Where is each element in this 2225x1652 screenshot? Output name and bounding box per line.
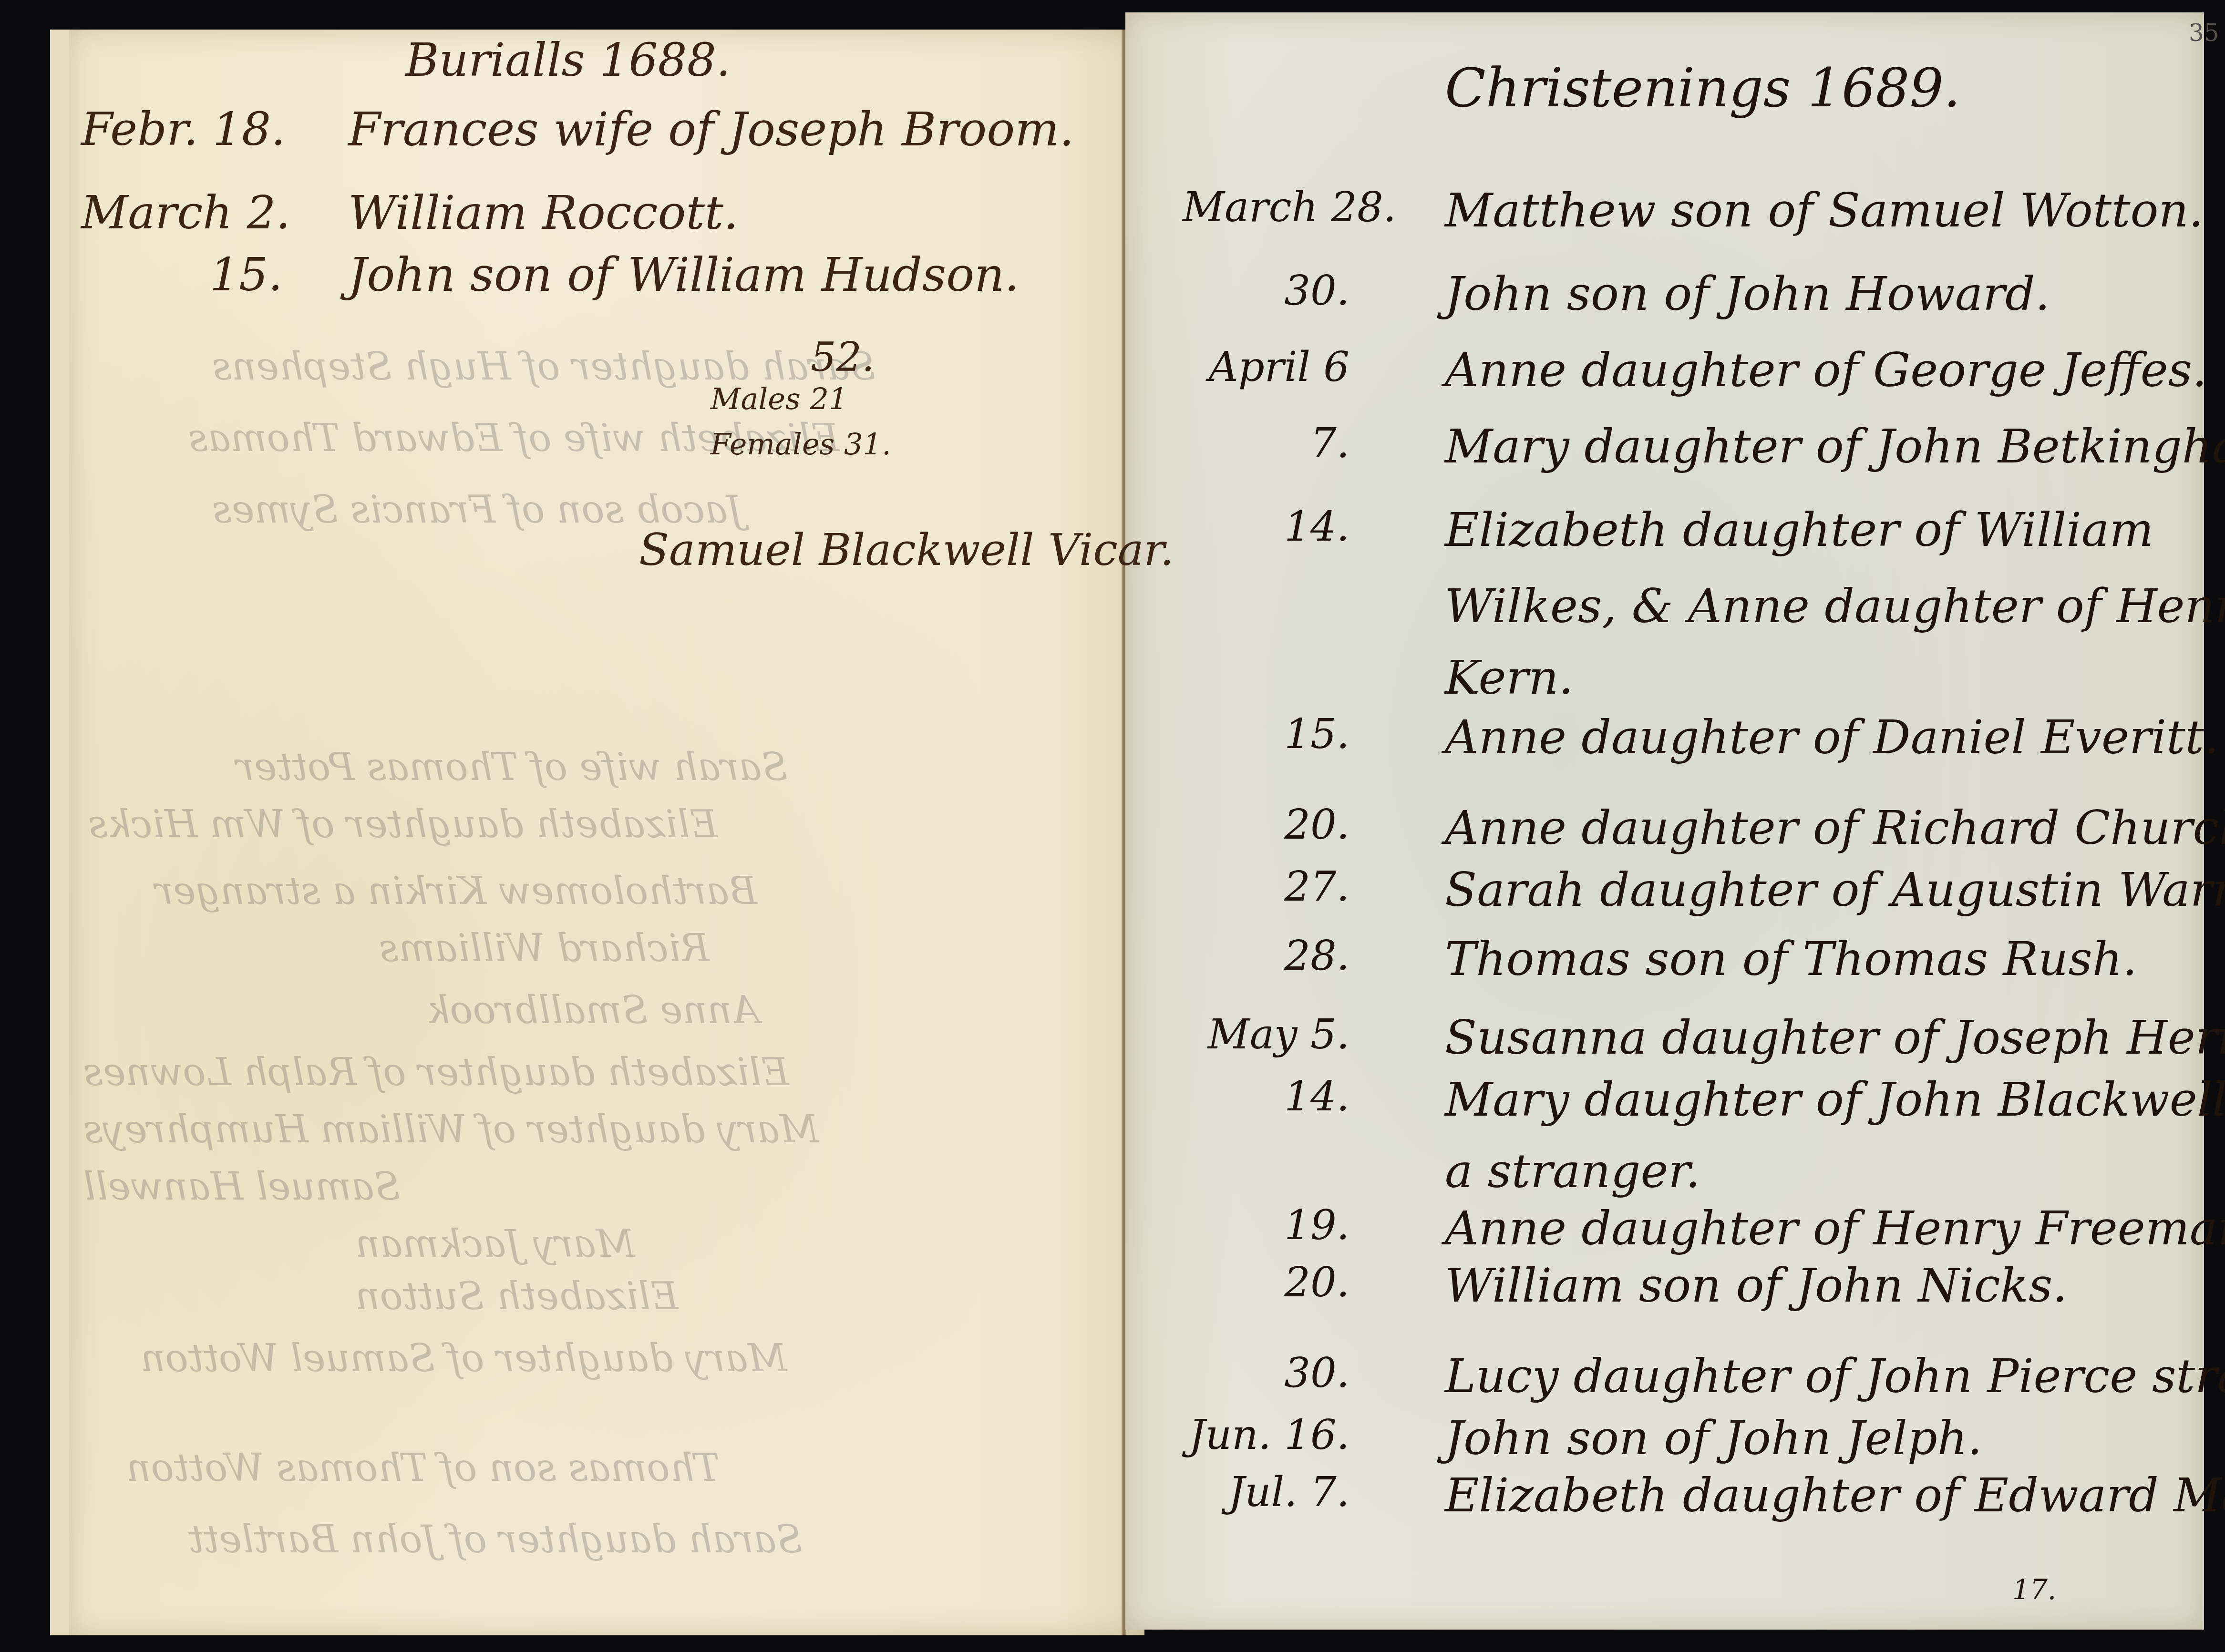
entry-date: 27.: [1183, 863, 1349, 911]
vicar-signature: Samuel Blackwell Vicar.: [639, 524, 1174, 575]
entry-text: Elizabeth daughter of Edward Malins.: [1445, 1468, 2225, 1523]
entry-text: Matthew son of Samuel Wotton.: [1445, 184, 2204, 238]
bleed-through-text: Elizabeth daughter of Ralph Lownes: [83, 1050, 789, 1094]
bleed-through-text: Mary daughter of Samuel Wotton: [141, 1336, 787, 1380]
entry-date: 15.: [1183, 710, 1349, 758]
entry-date: 30.: [1183, 1349, 1349, 1397]
entry-date: March 2.: [81, 186, 348, 239]
entry-text: William Roccott.: [348, 186, 738, 240]
burial-entry: 15. John son of William Hudson.: [81, 248, 1059, 300]
bleed-through-text: Bartholomew Kirkin a stranger: [155, 869, 757, 913]
entry-text: Mary daughter of John Blackwell: [1445, 1073, 2225, 1127]
bleed-through-text: Sarah daughter of John Bartlett: [188, 1517, 803, 1561]
bleed-through-text: Richard Williams: [379, 926, 710, 970]
page-number: 35: [2189, 19, 2219, 47]
entry-continuation: Kern.: [1445, 651, 1574, 705]
tally-total: 52.: [811, 334, 875, 380]
bleed-through-text: Elizabeth daughter of Wm Hicks: [88, 802, 718, 846]
christenings-heading: Christenings 1689.: [1445, 57, 1960, 119]
burial-entry: March 2. William Roccott.: [81, 186, 1059, 238]
entry-text: Anne daughter of Daniel Everitt.: [1445, 710, 2219, 765]
bleed-through-text: Sarah wife of Thomas Potter: [236, 745, 788, 789]
bleed-through-text: Mary daughter of William Humphreys: [83, 1107, 819, 1151]
entry-continuation: a stranger.: [1445, 1144, 1700, 1199]
entry-text: Mary daughter of John Betkingham.: [1445, 420, 2225, 474]
folio-total: 17.: [2012, 1573, 2056, 1606]
entry-text: Lucy daughter of John Pierce stranger.: [1445, 1349, 2225, 1404]
entry-date: 28.: [1183, 932, 1349, 980]
entry-date: May 5.: [1183, 1011, 1349, 1058]
entry-date: March 28.: [1183, 184, 1349, 231]
bleed-through-text: Anne Smallbrook: [427, 988, 759, 1032]
entry-text: Anne daughter of George Jeffes.: [1445, 343, 2207, 398]
entry-date: April 6: [1183, 343, 1349, 391]
entry-date: 7.: [1183, 420, 1349, 467]
entry-date: 19.: [1183, 1201, 1349, 1249]
entry-text: Anne daughter of Richard Churchill.: [1445, 801, 2225, 855]
bleed-through-text: Samuel Hanwell: [83, 1164, 400, 1209]
entry-date: 20.: [1183, 801, 1349, 849]
bleed-through-text: Elizabeth Sutton: [355, 1274, 678, 1318]
entry-text: Elizabeth daughter of William: [1445, 503, 2153, 557]
entry-date: Jun. 16.: [1183, 1411, 1349, 1459]
entry-text: Frances wife of Joseph Broom.: [348, 103, 1074, 157]
burial-entry: Febr. 18. Frances wife of Joseph Broom.: [81, 103, 1059, 155]
entry-text: John son of John Howard.: [1445, 267, 2050, 321]
entry-date: 14.: [1183, 503, 1349, 551]
bleed-through-text: Mary Jackman: [355, 1221, 635, 1266]
entry-date: 14.: [1183, 1073, 1349, 1120]
entry-text: Susanna daughter of Joseph Heritage.: [1445, 1011, 2225, 1065]
entry-date: Jul. 7.: [1183, 1468, 1349, 1516]
entry-text: John son of John Jelph.: [1445, 1411, 1982, 1466]
tally-males: Males 21: [711, 381, 847, 416]
entry-continuation: Wilkes, & Anne daughter of Henry: [1445, 579, 2225, 634]
entry-text: Thomas son of Thomas Rush.: [1445, 932, 2137, 986]
entry-date: 30.: [1183, 267, 1349, 315]
entry-text: John son of William Hudson.: [348, 248, 1019, 302]
burials-heading: Burialls 1688.: [405, 33, 731, 87]
entry-text: William son of John Nicks.: [1445, 1259, 2067, 1313]
entry-text: Sarah daughter of Augustin Warry.: [1445, 863, 2225, 917]
tally-females: Females 31.: [711, 427, 891, 462]
bleed-through-text: Thomas son of Thomas Wotton: [126, 1446, 720, 1490]
entry-text: Anne daughter of Henry Freeman.: [1445, 1201, 2225, 1256]
entry-date: 20.: [1183, 1259, 1349, 1306]
entry-date: Febr. 18.: [81, 103, 348, 156]
